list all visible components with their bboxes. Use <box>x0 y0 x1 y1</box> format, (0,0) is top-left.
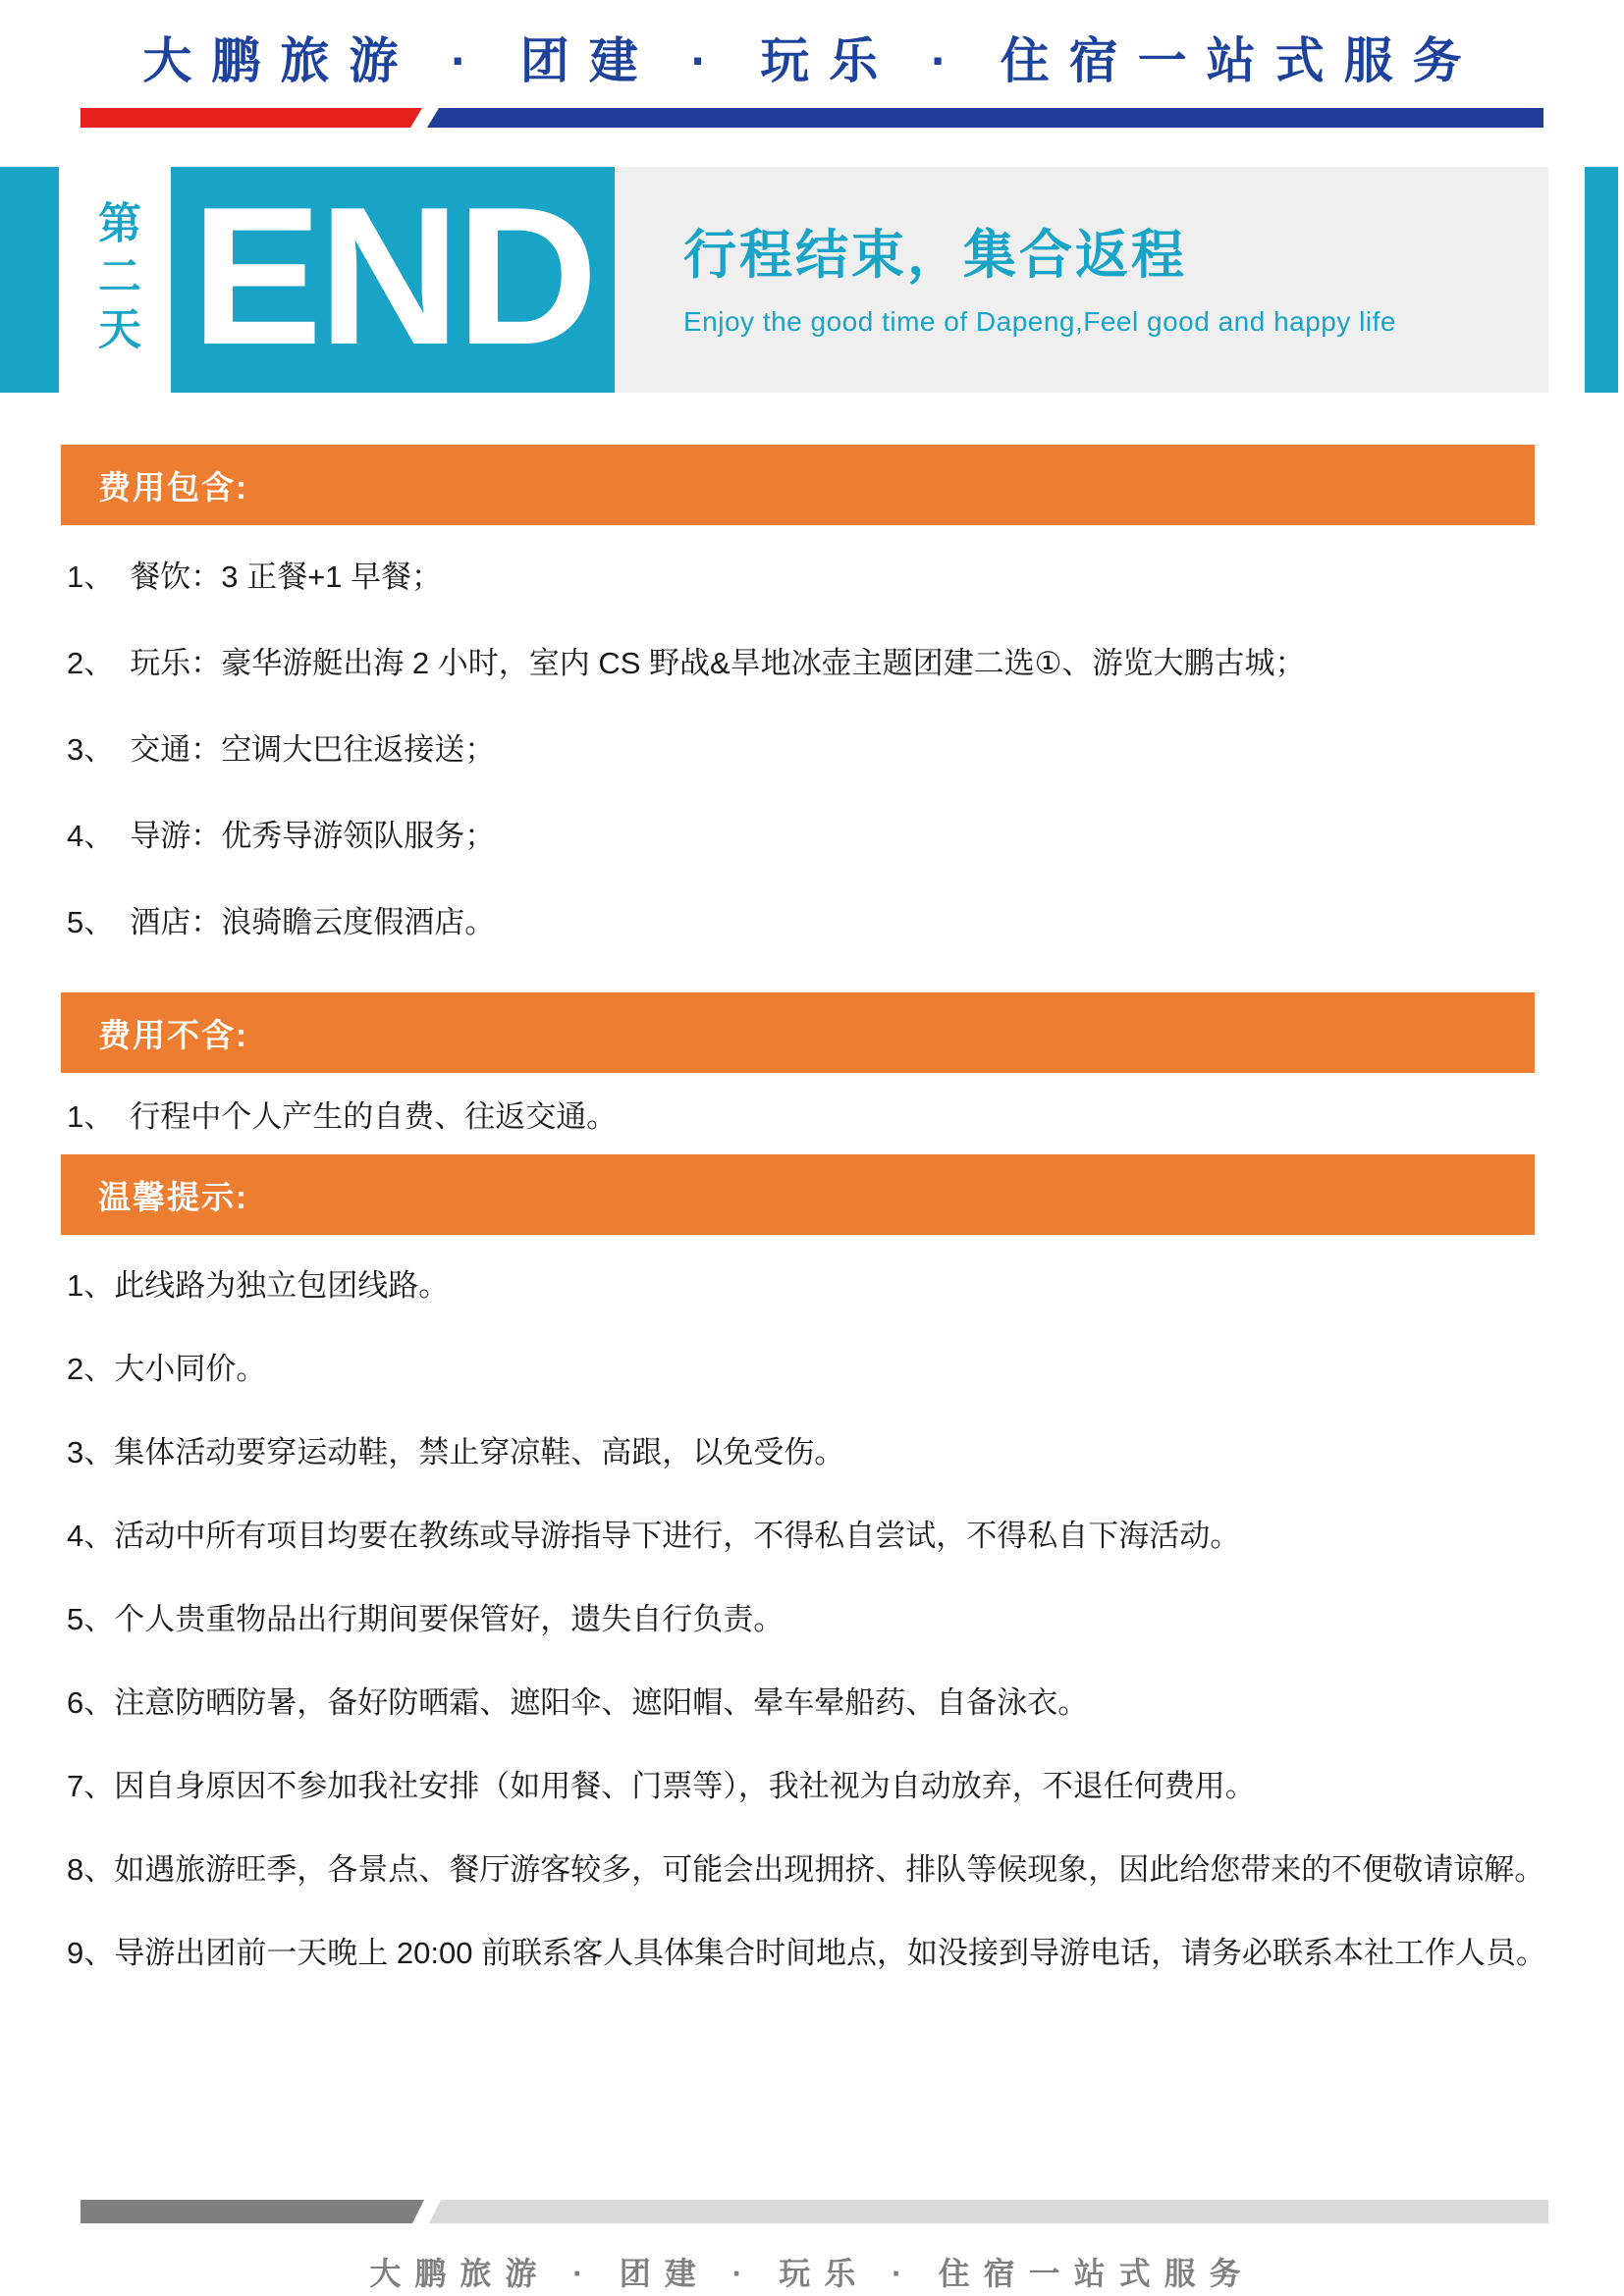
item-number: 2、 <box>67 646 114 680</box>
item-number: 5、 <box>67 905 114 939</box>
item-text: 此线路为独立包团线路。 <box>114 1268 449 1303</box>
list-item: 5、个人贵重物品出行期间要保管好，遗失自行负责。 <box>67 1603 1565 1636</box>
item-text: 大小同价。 <box>114 1352 266 1386</box>
item-number: 8、 <box>67 1852 114 1887</box>
item-text: 活动中所有项目均要在教练或导游指导下进行，不得私自尝试，不得私自下海活动。 <box>114 1519 1240 1553</box>
banner-info-panel: 行程结束，集合返程 Enjoy the good time of Dapeng,… <box>615 167 1548 393</box>
end-block: END <box>171 167 615 393</box>
item-text: 集体活动要穿运动鞋，禁止穿凉鞋、高跟，以免受伤。 <box>114 1435 844 1469</box>
day-label: 第二天 <box>83 200 146 359</box>
item-number: 3、 <box>67 732 114 767</box>
item-text: 因自身原因不参加我社安排（如用餐、门票等），我社视为自动放弃，不退任何费用。 <box>114 1769 1256 1803</box>
tips-list: 1、此线路为独立包团线路。2、大小同价。3、集体活动要穿运动鞋，禁止穿凉鞋、高跟… <box>67 1269 1565 1970</box>
banner-left-accent <box>0 167 59 393</box>
itinerary-page: 大鹏旅游 · 团建 · 玩乐 · 住宿一站式服务 第二天 END 行程结束，集合… <box>0 0 1624 2296</box>
list-item: 2、玩乐：豪华游艇出海 2 小时，室内 CS 野战&旱地冰壶主题团建二选①、游览… <box>67 647 1565 680</box>
item-number: 2、 <box>67 1352 114 1386</box>
item-text: 导游：优秀导游领队服务； <box>130 819 495 853</box>
footer-divider-light-segment <box>429 2200 1548 2223</box>
item-text: 行程中个人产生的自费、往返交通。 <box>130 1099 617 1134</box>
item-number: 4、 <box>67 819 114 853</box>
item-number: 7、 <box>67 1769 114 1803</box>
list-item: 3、交通：空调大巴往返接送； <box>67 733 1565 767</box>
item-number: 6、 <box>67 1685 114 1720</box>
list-item: 9、导游出团前一天晚上 20:00 前联系客人具体集合时间地点，如没接到导游电话… <box>67 1937 1565 1970</box>
list-item: 1、餐饮：3 正餐+1 早餐； <box>67 561 1565 594</box>
section-heading-label: 费用不含: <box>98 1010 248 1056</box>
list-item: 5、酒店：浪骑瞻云度假酒店。 <box>67 906 1565 939</box>
item-text: 导游出团前一天晚上 20:00 前联系客人具体集合时间地点，如没接到导游电话，请… <box>114 1936 1546 1970</box>
banner-right-accent <box>1585 167 1618 393</box>
divider-red-segment <box>81 108 422 128</box>
list-item: 4、导游：优秀导游领队服务； <box>67 820 1565 853</box>
item-text: 交通：空调大巴往返接送； <box>130 732 495 767</box>
item-text: 注意防晒防暑，备好防晒霜、遮阳伞、遮阳帽、晕车晕船药、自备泳衣。 <box>114 1685 1088 1720</box>
banner-gap <box>1548 167 1585 393</box>
footer-divider <box>81 2200 1548 2223</box>
section-heading-label: 温馨提示: <box>98 1172 248 1218</box>
section-heading-tips: 温馨提示: <box>61 1154 1535 1235</box>
section-heading-included: 费用包含: <box>61 445 1535 525</box>
item-text: 餐饮：3 正餐+1 早餐； <box>130 560 442 594</box>
item-number: 3、 <box>67 1435 114 1469</box>
item-text: 个人贵重物品出行期间要保管好，遗失自行负责。 <box>114 1602 784 1636</box>
header-divider <box>81 108 1543 128</box>
list-item: 4、活动中所有项目均要在教练或导游指导下进行，不得私自尝试，不得私自下海活动。 <box>67 1520 1565 1553</box>
day-label-strip: 第二天 <box>59 167 171 393</box>
section-heading-excluded: 费用不含: <box>61 992 1535 1073</box>
section-heading-label: 费用包含: <box>98 462 248 508</box>
item-text: 酒店：浪骑瞻云度假酒店。 <box>130 905 495 939</box>
header-slogan: 大鹏旅游 · 团建 · 玩乐 · 住宿一站式服务 <box>0 0 1624 92</box>
banner-subtitle: Enjoy the good time of Dapeng,Feel good … <box>683 306 1548 338</box>
footer-slogan: 大鹏旅游 · 团建 · 玩乐 · 住宿一站式服务 <box>0 2249 1624 2294</box>
day-banner: 第二天 END 行程结束，集合返程 Enjoy the good time of… <box>0 167 1624 393</box>
banner-title: 行程结束，集合返程 <box>683 213 1548 289</box>
list-item: 3、集体活动要穿运动鞋，禁止穿凉鞋、高跟，以免受伤。 <box>67 1436 1565 1469</box>
list-item: 2、大小同价。 <box>67 1353 1565 1386</box>
footer-divider-dark-segment <box>81 2200 424 2223</box>
list-item: 1、行程中个人产生的自费、往返交通。 <box>67 1100 1565 1134</box>
item-number: 4、 <box>67 1519 114 1553</box>
list-item: 1、此线路为独立包团线路。 <box>67 1269 1565 1303</box>
list-item: 8、如遇旅游旺季，各景点、餐厅游客较多，可能会出现拥挤、排队等候现象，因此给您带… <box>67 1853 1565 1887</box>
item-number: 1、 <box>67 560 114 594</box>
list-item: 6、注意防晒防暑，备好防晒霜、遮阳伞、遮阳帽、晕车晕船药、自备泳衣。 <box>67 1686 1565 1720</box>
included-list: 1、餐饮：3 正餐+1 早餐；2、玩乐：豪华游艇出海 2 小时，室内 CS 野战… <box>67 561 1565 939</box>
divider-blue-segment <box>427 108 1543 128</box>
item-number: 1、 <box>67 1099 114 1134</box>
excluded-list: 1、行程中个人产生的自费、往返交通。 <box>67 1100 1565 1134</box>
item-number: 1、 <box>67 1268 114 1303</box>
item-text: 如遇旅游旺季，各景点、餐厅游客较多，可能会出现拥挤、排队等候现象，因此给您带来的… <box>114 1852 1544 1887</box>
list-item: 7、因自身原因不参加我社安排（如用餐、门票等），我社视为自动放弃，不退任何费用。 <box>67 1770 1565 1803</box>
item-number: 5、 <box>67 1602 114 1636</box>
item-text: 玩乐：豪华游艇出海 2 小时，室内 CS 野战&旱地冰壶主题团建二选①、游览大鹏… <box>130 646 1305 680</box>
item-number: 9、 <box>67 1936 114 1970</box>
